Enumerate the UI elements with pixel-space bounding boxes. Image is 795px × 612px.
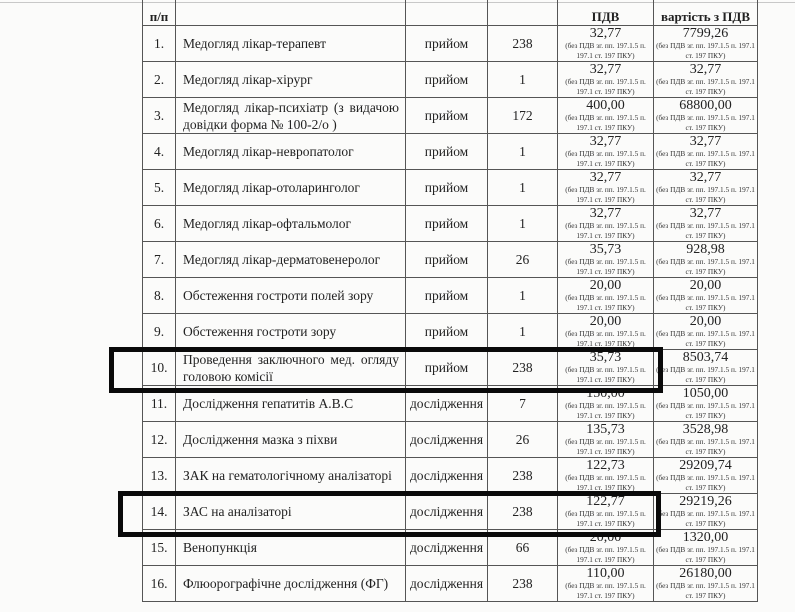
total-cost-amount: 32,77	[654, 171, 757, 185]
vat-exemption-note: (без ПДВ зг. пп. 197.1.5 п. 197.1 ст. 19…	[558, 329, 653, 349]
unit-price-amount: 135,73	[558, 423, 653, 437]
vat-exemption-note: (без ПДВ зг. пп. 197.1.5 п. 197.1 ст. 19…	[558, 509, 653, 529]
unit-of-measure: прийом	[406, 62, 488, 98]
vat-exemption-note: (без ПДВ зг. пп. 197.1.5 п. 197.1 ст. 19…	[558, 545, 653, 565]
vat-exemption-note: (без ПДВ зг. пп. 197.1.5 п. 197.1 ст. 19…	[558, 401, 653, 421]
unit-of-measure: дослідження	[406, 458, 488, 494]
table-header-row: п/п ПДВ вартість з ПДВ	[143, 0, 758, 26]
table-row: 16.Флюорографічне дослідження (ФГ)дослід…	[143, 566, 758, 602]
total-cost-amount: 32,77	[654, 207, 757, 221]
table-row: 10.Проведення заключного мед. огляду гол…	[143, 350, 758, 386]
vat-exemption-note: (без ПДВ зг. пп. 197.1.5 п. 197.1 ст. 19…	[558, 41, 653, 61]
table-row: 15.Венопункціядослідження6620,00(без ПДВ…	[143, 530, 758, 566]
vat-exemption-note: (без ПДВ зг. пп. 197.1.5 п. 197.1 ст. 19…	[558, 113, 653, 133]
header-price: ПДВ	[558, 0, 654, 26]
unit-price-amount: 32,77	[558, 135, 653, 149]
unit-of-measure: дослідження	[406, 530, 488, 566]
scanned-document-page: п/п ПДВ вартість з ПДВ 1.Медогляд лікар-…	[0, 0, 795, 612]
table-row: 6.Медогляд лікар-офтальмологприйом132,77…	[143, 206, 758, 242]
table-row: 2.Медогляд лікар-хірургприйом132,77(без …	[143, 62, 758, 98]
service-name: Медогляд лікар-психіатр (з видачою довід…	[176, 98, 406, 134]
unit-price-amount: 20,00	[558, 315, 653, 329]
header-num: п/п	[143, 0, 176, 26]
total-cost-amount: 29209,74	[654, 459, 757, 473]
row-number: 14.	[143, 494, 176, 530]
quantity: 238	[488, 458, 558, 494]
vat-exemption-note: (без ПДВ зг. пп. 197.1.5 п. 197.1 ст. 19…	[558, 365, 653, 385]
quantity: 66	[488, 530, 558, 566]
table-row: 9.Обстеження гостроти зоруприйом120,00(б…	[143, 314, 758, 350]
unit-of-measure: прийом	[406, 170, 488, 206]
total-cost-amount: 32,77	[654, 135, 757, 149]
vat-exemption-note: (без ПДВ зг. пп. 197.1.5 п. 197.1 ст. 19…	[654, 401, 757, 421]
total-cost: 8503,74(без ПДВ зг. пп. 197.1.5 п. 197.1…	[654, 350, 758, 386]
row-number: 6.	[143, 206, 176, 242]
unit-price: 150,00(без ПДВ зг. пп. 197.1.5 п. 197.1 …	[558, 386, 654, 422]
unit-of-measure: прийом	[406, 242, 488, 278]
unit-price: 32,77(без ПДВ зг. пп. 197.1.5 п. 197.1 с…	[558, 62, 654, 98]
row-number: 7.	[143, 242, 176, 278]
total-cost: 1050,00(без ПДВ зг. пп. 197.1.5 п. 197.1…	[654, 386, 758, 422]
vat-exemption-note: (без ПДВ зг. пп. 197.1.5 п. 197.1 ст. 19…	[654, 113, 757, 133]
table-row: 7.Медогляд лікар-дерматовенерологприйом2…	[143, 242, 758, 278]
total-cost-amount: 20,00	[654, 315, 757, 329]
vat-exemption-note: (без ПДВ зг. пп. 197.1.5 п. 197.1 ст. 19…	[654, 221, 757, 241]
unit-price-amount: 110,00	[558, 567, 653, 581]
table-row: 13.ЗАК на гематологічному аналізаторідос…	[143, 458, 758, 494]
header-name	[176, 0, 406, 26]
service-name: Медогляд лікар-невропатолог	[176, 134, 406, 170]
vat-exemption-note: (без ПДВ зг. пп. 197.1.5 п. 197.1 ст. 19…	[654, 257, 757, 277]
unit-price-amount: 150,00	[558, 387, 653, 401]
vat-exemption-note: (без ПДВ зг. пп. 197.1.5 п. 197.1 ст. 19…	[654, 293, 757, 313]
unit-price-amount: 400,00	[558, 99, 653, 113]
total-cost: 68800,00(без ПДВ зг. пп. 197.1.5 п. 197.…	[654, 98, 758, 134]
total-cost: 928,98(без ПДВ зг. пп. 197.1.5 п. 197.1 …	[654, 242, 758, 278]
unit-price-amount: 122,73	[558, 459, 653, 473]
unit-price: 400,00(без ПДВ зг. пп. 197.1.5 п. 197.1 …	[558, 98, 654, 134]
vat-exemption-note: (без ПДВ зг. пп. 197.1.5 п. 197.1 ст. 19…	[654, 329, 757, 349]
quantity: 1	[488, 170, 558, 206]
unit-of-measure: прийом	[406, 134, 488, 170]
total-cost: 20,00(без ПДВ зг. пп. 197.1.5 п. 197.1 с…	[654, 278, 758, 314]
row-number: 13.	[143, 458, 176, 494]
unit-price: 122,73(без ПДВ зг. пп. 197.1.5 п. 197.1 …	[558, 458, 654, 494]
unit-of-measure: прийом	[406, 278, 488, 314]
vat-exemption-note: (без ПДВ зг. пп. 197.1.5 п. 197.1 ст. 19…	[654, 473, 757, 493]
quantity: 7	[488, 386, 558, 422]
vat-exemption-note: (без ПДВ зг. пп. 197.1.5 п. 197.1 ст. 19…	[654, 77, 757, 97]
unit-of-measure: прийом	[406, 350, 488, 386]
service-name: ЗАС на аналізаторі	[176, 494, 406, 530]
vat-exemption-note: (без ПДВ зг. пп. 197.1.5 п. 197.1 ст. 19…	[654, 185, 757, 205]
vat-exemption-note: (без ПДВ зг. пп. 197.1.5 п. 197.1 ст. 19…	[654, 581, 757, 601]
row-number: 8.	[143, 278, 176, 314]
unit-price: 32,77(без ПДВ зг. пп. 197.1.5 п. 197.1 с…	[558, 134, 654, 170]
unit-price: 20,00(без ПДВ зг. пп. 197.1.5 п. 197.1 с…	[558, 278, 654, 314]
row-number: 15.	[143, 530, 176, 566]
vat-exemption-note: (без ПДВ зг. пп. 197.1.5 п. 197.1 ст. 19…	[558, 221, 653, 241]
vat-exemption-note: (без ПДВ зг. пп. 197.1.5 п. 197.1 ст. 19…	[558, 581, 653, 601]
quantity: 1	[488, 314, 558, 350]
unit-of-measure: дослідження	[406, 422, 488, 458]
total-cost-amount: 3528,98	[654, 423, 757, 437]
table-row: 1.Медогляд лікар-терапевтприйом23832,77(…	[143, 26, 758, 62]
row-number: 11.	[143, 386, 176, 422]
unit-price-amount: 35,73	[558, 351, 653, 365]
total-cost-amount: 32,77	[654, 63, 757, 77]
service-name: Венопункція	[176, 530, 406, 566]
header-total: вартість з ПДВ	[654, 0, 758, 26]
unit-of-measure: прийом	[406, 206, 488, 242]
unit-price-amount: 20,00	[558, 279, 653, 293]
row-number: 3.	[143, 98, 176, 134]
service-name: Медогляд лікар-офтальмолог	[176, 206, 406, 242]
unit-price: 135,73(без ПДВ зг. пп. 197.1.5 п. 197.1 …	[558, 422, 654, 458]
unit-price: 32,77(без ПДВ зг. пп. 197.1.5 п. 197.1 с…	[558, 170, 654, 206]
quantity: 26	[488, 242, 558, 278]
service-name: Медогляд лікар-хірург	[176, 62, 406, 98]
service-name: Дослідження гепатитів А.В.С	[176, 386, 406, 422]
total-cost: 7799,26(без ПДВ зг. пп. 197.1.5 п. 197.1…	[654, 26, 758, 62]
service-name: Медогляд лікар-терапевт	[176, 26, 406, 62]
quantity: 1	[488, 62, 558, 98]
unit-of-measure: прийом	[406, 98, 488, 134]
vat-exemption-note: (без ПДВ зг. пп. 197.1.5 п. 197.1 ст. 19…	[558, 437, 653, 457]
service-name: Медогляд лікар-отоларинголог	[176, 170, 406, 206]
vat-exemption-note: (без ПДВ зг. пп. 197.1.5 п. 197.1 ст. 19…	[558, 257, 653, 277]
unit-price: 35,73(без ПДВ зг. пп. 197.1.5 п. 197.1 с…	[558, 242, 654, 278]
quantity: 1	[488, 278, 558, 314]
vat-exemption-note: (без ПДВ зг. пп. 197.1.5 п. 197.1 ст. 19…	[558, 149, 653, 169]
table-row: 11.Дослідження гепатитів А.В.Сдослідженн…	[143, 386, 758, 422]
unit-price-amount: 32,77	[558, 27, 653, 41]
vat-exemption-note: (без ПДВ зг. пп. 197.1.5 п. 197.1 ст. 19…	[654, 437, 757, 457]
unit-price-amount: 32,77	[558, 207, 653, 221]
vat-exemption-note: (без ПДВ зг. пп. 197.1.5 п. 197.1 ст. 19…	[558, 77, 653, 97]
service-name: Медогляд лікар-дерматовенеролог	[176, 242, 406, 278]
unit-of-measure: прийом	[406, 26, 488, 62]
total-cost: 32,77(без ПДВ зг. пп. 197.1.5 п. 197.1 с…	[654, 170, 758, 206]
unit-of-measure: дослідження	[406, 494, 488, 530]
vat-exemption-note: (без ПДВ зг. пп. 197.1.5 п. 197.1 ст. 19…	[654, 149, 757, 169]
unit-price-amount: 32,77	[558, 63, 653, 77]
row-number: 5.	[143, 170, 176, 206]
total-cost: 32,77(без ПДВ зг. пп. 197.1.5 п. 197.1 с…	[654, 206, 758, 242]
header-qty	[488, 0, 558, 26]
row-number: 4.	[143, 134, 176, 170]
unit-price: 32,77(без ПДВ зг. пп. 197.1.5 п. 197.1 с…	[558, 26, 654, 62]
vat-exemption-note: (без ПДВ зг. пп. 197.1.5 п. 197.1 ст. 19…	[654, 41, 757, 61]
table-row: 14.ЗАС на аналізаторідослідження238122,7…	[143, 494, 758, 530]
total-cost-amount: 928,98	[654, 243, 757, 257]
total-cost-amount: 1320,00	[654, 531, 757, 545]
total-cost: 26180,00(без ПДВ зг. пп. 197.1.5 п. 197.…	[654, 566, 758, 602]
unit-price: 32,77(без ПДВ зг. пп. 197.1.5 п. 197.1 с…	[558, 206, 654, 242]
vat-exemption-note: (без ПДВ зг. пп. 197.1.5 п. 197.1 ст. 19…	[558, 185, 653, 205]
total-cost: 32,77(без ПДВ зг. пп. 197.1.5 п. 197.1 с…	[654, 134, 758, 170]
quantity: 238	[488, 566, 558, 602]
row-number: 10.	[143, 350, 176, 386]
table-row: 5.Медогляд лікар-отоларингологприйом132,…	[143, 170, 758, 206]
total-cost-amount: 29219,26	[654, 495, 757, 509]
total-cost: 3528,98(без ПДВ зг. пп. 197.1.5 п. 197.1…	[654, 422, 758, 458]
service-name: Обстеження гостроти зору	[176, 314, 406, 350]
total-cost: 1320,00(без ПДВ зг. пп. 197.1.5 п. 197.1…	[654, 530, 758, 566]
vat-exemption-note: (без ПДВ зг. пп. 197.1.5 п. 197.1 ст. 19…	[558, 473, 653, 493]
vat-exemption-note: (без ПДВ зг. пп. 197.1.5 п. 197.1 ст. 19…	[654, 509, 757, 529]
service-name: Проведення заключного мед. огляду голово…	[176, 350, 406, 386]
unit-price: 20,00(без ПДВ зг. пп. 197.1.5 п. 197.1 с…	[558, 314, 654, 350]
total-cost-amount: 26180,00	[654, 567, 757, 581]
unit-price-amount: 35,73	[558, 243, 653, 257]
vat-exemption-note: (без ПДВ зг. пп. 197.1.5 п. 197.1 ст. 19…	[558, 293, 653, 313]
header-unit	[406, 0, 488, 26]
table-row: 4.Медогляд лікар-невропатологприйом132,7…	[143, 134, 758, 170]
unit-price-amount: 32,77	[558, 171, 653, 185]
total-cost-amount: 1050,00	[654, 387, 757, 401]
unit-of-measure: прийом	[406, 314, 488, 350]
quantity: 1	[488, 134, 558, 170]
unit-price: 35,73(без ПДВ зг. пп. 197.1.5 п. 197.1 с…	[558, 350, 654, 386]
quantity: 172	[488, 98, 558, 134]
service-name: Дослідження мазка з піхви	[176, 422, 406, 458]
row-number: 2.	[143, 62, 176, 98]
total-cost: 29219,26(без ПДВ зг. пп. 197.1.5 п. 197.…	[654, 494, 758, 530]
quantity: 1	[488, 206, 558, 242]
unit-of-measure: дослідження	[406, 386, 488, 422]
total-cost-amount: 8503,74	[654, 351, 757, 365]
unit-price-amount: 20,00	[558, 531, 653, 545]
row-number: 1.	[143, 26, 176, 62]
vat-exemption-note: (без ПДВ зг. пп. 197.1.5 п. 197.1 ст. 19…	[654, 545, 757, 565]
total-cost-amount: 20,00	[654, 279, 757, 293]
quantity: 26	[488, 422, 558, 458]
services-price-table: п/п ПДВ вартість з ПДВ 1.Медогляд лікар-…	[142, 0, 758, 602]
service-name: Обстеження гостроти полей зору	[176, 278, 406, 314]
table-row: 12.Дослідження мазка з піхвидослідження2…	[143, 422, 758, 458]
total-cost: 20,00(без ПДВ зг. пп. 197.1.5 п. 197.1 с…	[654, 314, 758, 350]
service-name: ЗАК на гематологічному аналізаторі	[176, 458, 406, 494]
vat-exemption-note: (без ПДВ зг. пп. 197.1.5 п. 197.1 ст. 19…	[654, 365, 757, 385]
total-cost: 29209,74(без ПДВ зг. пп. 197.1.5 п. 197.…	[654, 458, 758, 494]
service-name: Флюорографічне дослідження (ФГ)	[176, 566, 406, 602]
row-number: 12.	[143, 422, 176, 458]
unit-price: 122,77(без ПДВ зг. пп. 197.1.5 п. 197.1 …	[558, 494, 654, 530]
total-cost-amount: 7799,26	[654, 27, 757, 41]
total-cost-amount: 68800,00	[654, 99, 757, 113]
table-row: 8.Обстеження гостроти полей зоруприйом12…	[143, 278, 758, 314]
quantity: 238	[488, 494, 558, 530]
quantity: 238	[488, 350, 558, 386]
unit-price-amount: 122,77	[558, 495, 653, 509]
quantity: 238	[488, 26, 558, 62]
unit-of-measure: дослідження	[406, 566, 488, 602]
row-number: 9.	[143, 314, 176, 350]
unit-price: 20,00(без ПДВ зг. пп. 197.1.5 п. 197.1 с…	[558, 530, 654, 566]
unit-price: 110,00(без ПДВ зг. пп. 197.1.5 п. 197.1 …	[558, 566, 654, 602]
table-row: 3.Медогляд лікар-психіатр (з видачою дов…	[143, 98, 758, 134]
row-number: 16.	[143, 566, 176, 602]
total-cost: 32,77(без ПДВ зг. пп. 197.1.5 п. 197.1 с…	[654, 62, 758, 98]
